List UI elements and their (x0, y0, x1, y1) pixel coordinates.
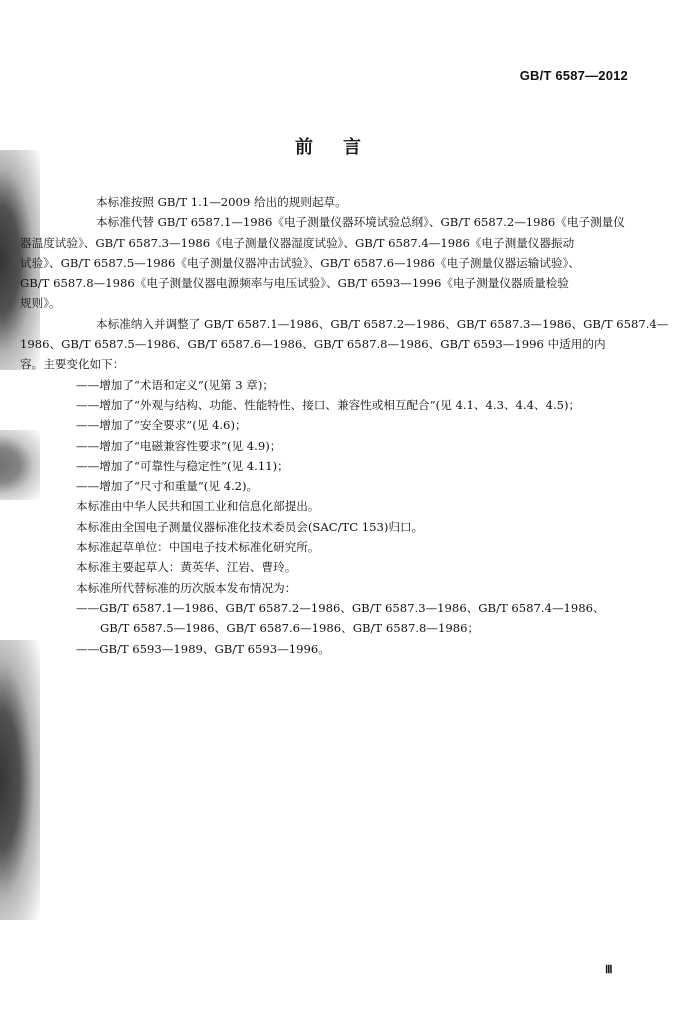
change-item: ——增加了“安全要求”(见 4.6)； (20, 415, 656, 435)
history-item: ——GB/T 6587.1—1986、GB/T 6587.2—1986、GB/T… (20, 598, 656, 618)
paragraph-replaces: 本标准代替 GB/T 6587.1—1986《电子测量仪器环境试验总纲》、GB/… (20, 212, 656, 313)
text-line: 1986、GB/T 6587.5—1986、GB/T 6587.6—1986、G… (20, 334, 656, 354)
paragraph-proposed-by: 本标准由中华人民共和国工业和信息化部提出。 (20, 496, 656, 516)
standard-code: GB/T 6587—2012 (520, 68, 628, 83)
text-line: 器温度试验》、GB/T 6587.3—1986《电子测量仪器湿度试验》、GB/T… (20, 233, 656, 253)
text-line: 本标准代替 GB/T 6587.1—1986《电子测量仪器环境试验总纲》、GB/… (20, 212, 656, 232)
change-item: ——增加了“可靠性与稳定性”(见 4.11)； (20, 456, 656, 476)
paragraph-drafting-unit: 本标准起草单位：中国电子技术标准化研究所。 (20, 537, 656, 557)
foreword-body: 本标准按照 GB/T 1.1—2009 给出的规则起草。 本标准代替 GB/T … (20, 192, 656, 659)
paragraph-incorporates: 本标准纳入并调整了 GB/T 6587.1—1986、GB/T 6587.2—1… (20, 314, 656, 375)
change-item: ——增加了“术语和定义”(见第 3 章)； (20, 375, 656, 395)
text-line: GB/T 6587.8—1986《电子测量仪器电源频率与电压试验》、GB/T 6… (20, 273, 656, 293)
page-number: Ⅲ (605, 963, 613, 976)
changes-list: ——增加了“术语和定义”(见第 3 章)； ——增加了“外观与结构、功能、性能特… (20, 375, 656, 497)
change-item: ——增加了“电磁兼容性要求”(见 4.9)； (20, 436, 656, 456)
paragraph-drafters: 本标准主要起草人：黄英华、江岩、曹玲。 (20, 557, 656, 577)
paragraph-drafting-rule: 本标准按照 GB/T 1.1—2009 给出的规则起草。 (20, 192, 656, 212)
text-line: 本标准纳入并调整了 GB/T 6587.1—1986、GB/T 6587.2—1… (20, 314, 656, 334)
history-item-continued: GB/T 6587.5—1986、GB/T 6587.6—1986、GB/T 6… (20, 618, 656, 638)
paragraph-under-jurisdiction: 本标准由全国电子测量仪器标准化技术委员会(SAC/TC 153)归口。 (20, 517, 656, 537)
change-item: ——增加了“尺寸和重量”(见 4.2)。 (20, 476, 656, 496)
text-line: 试验》、GB/T 6587.5—1986《电子测量仪器冲击试验》、GB/T 65… (20, 253, 656, 273)
text-line: 容。主要变化如下： (20, 354, 656, 374)
change-item: ——增加了“外观与结构、功能、性能特性、接口、兼容性或相互配合”(见 4.1、4… (20, 395, 656, 415)
history-item: ——GB/T 6593—1989、GB/T 6593—1996。 (20, 639, 656, 659)
page-title: 前言 (0, 133, 686, 159)
scan-shadow-bottom (0, 640, 40, 920)
history-list: ——GB/T 6587.1—1986、GB/T 6587.2—1986、GB/T… (20, 598, 656, 659)
text-line: 规则》。 (20, 293, 656, 313)
paragraph-history-intro: 本标准所代替标准的历次版本发布情况为： (20, 578, 656, 598)
